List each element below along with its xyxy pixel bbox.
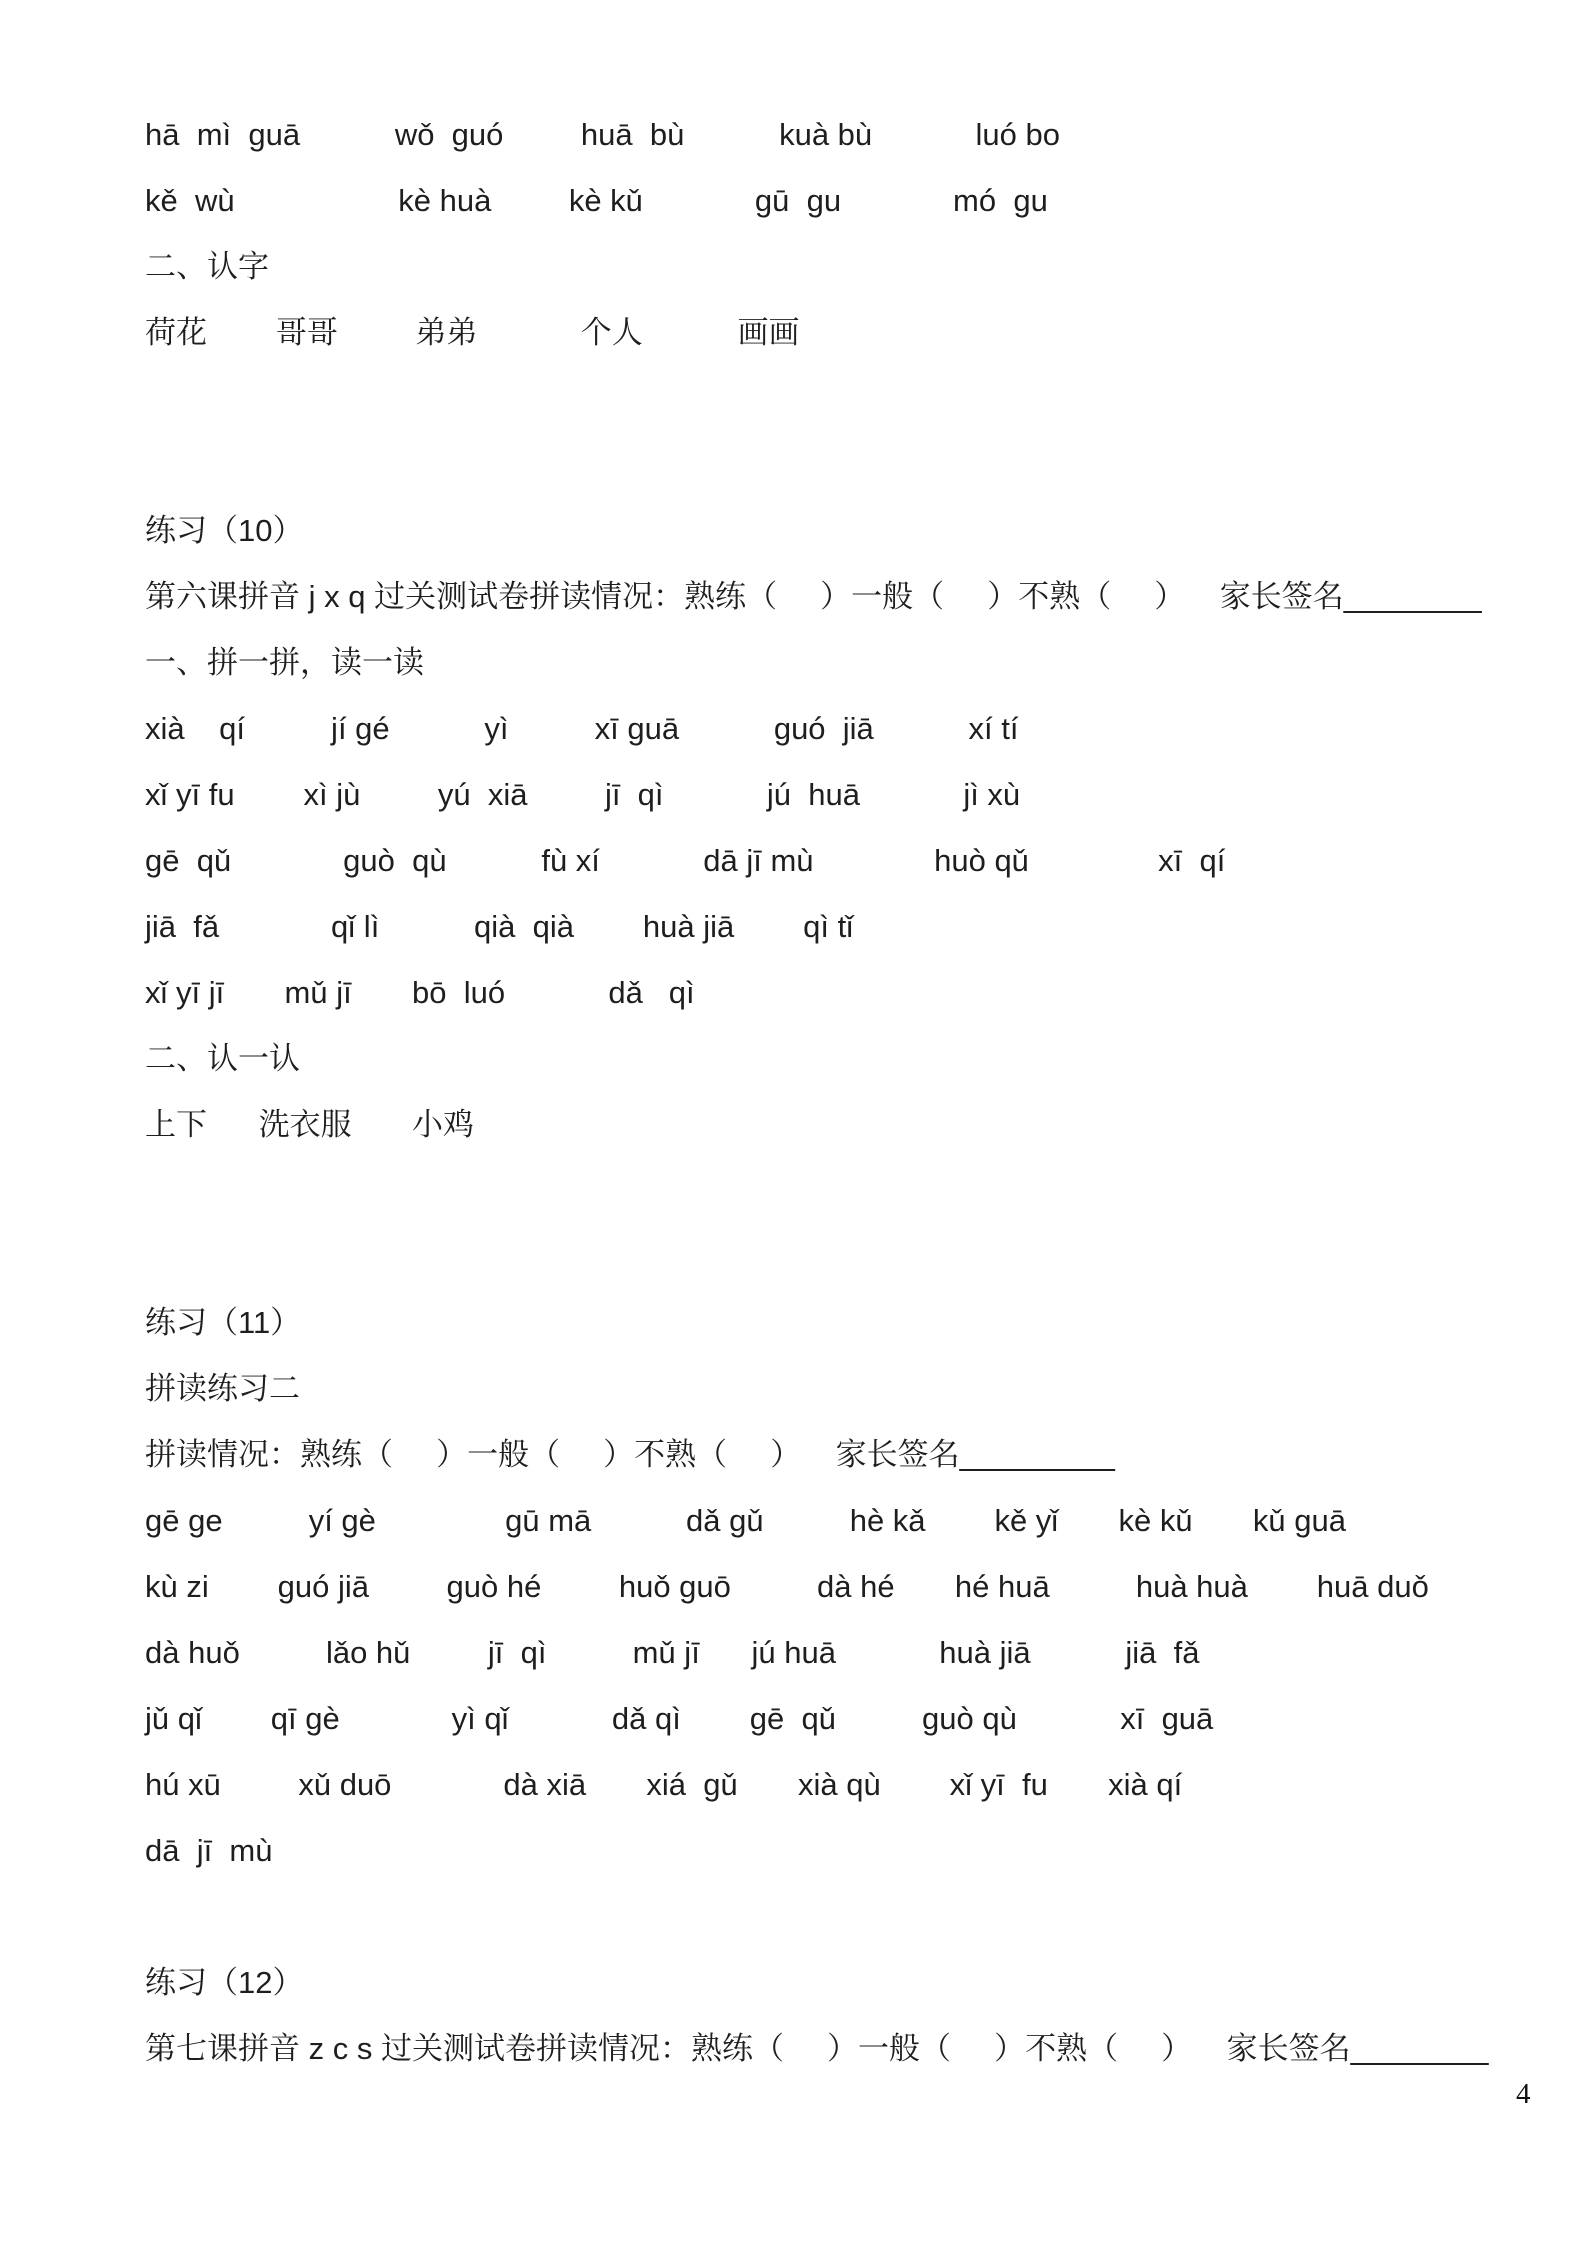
pinyin-row: hú xū xǔ duō dà xiā xiá gǔ xià qù xǐ yī … xyxy=(145,1752,1547,1818)
pinyin-row: jǔ qǐ qī gè yì qǐ dǎ qì gē qǔ guò qù xī … xyxy=(145,1686,1547,1752)
exercise-10-header: 第六课拼音 j x q 过关测试卷拼读情况：熟练（ ）一般（ ）不熟（ ） 家长… xyxy=(145,564,1547,630)
pinyin-row: hā mì guā wǒ guó huā bù kuà bù luó bo xyxy=(145,102,1547,168)
blank-space xyxy=(145,1158,1547,1290)
exercise-11-subtitle: 拼读练习二 xyxy=(145,1356,1547,1422)
exercise-12-title: 练习（12） xyxy=(145,1950,1547,2016)
pinyin-row: gē qǔ guò qù fù xí dā jī mù huò qǔ xī qí xyxy=(145,828,1547,894)
pinyin-row: dā jī mù xyxy=(145,1818,1547,1884)
blank-space xyxy=(145,1884,1547,1950)
page-number: 4 xyxy=(1516,2076,1531,2112)
hanzi-word-row: 上下 洗衣服 小鸡 xyxy=(145,1092,1547,1158)
pinyin-row: kù zi guó jiā guò hé huǒ guō dà hé hé hu… xyxy=(145,1554,1547,1620)
exercise-10-title: 练习（10） xyxy=(145,498,1547,564)
exercise-11-status-line: 拼读情况：熟练（ ）一般（ ）不熟（ ） 家长签名_________ xyxy=(145,1422,1547,1488)
exercise-12-header: 第七课拼音 z c s 过关测试卷拼读情况：熟练（ ）一般（ ）不熟（ ） 家长… xyxy=(145,2016,1547,2082)
pinyin-row: xǐ yī jī mǔ jī bō luó dǎ qì xyxy=(145,960,1547,1026)
exercise-11-title: 练习（11） xyxy=(145,1290,1547,1356)
section-heading-renzi: 二、认字 xyxy=(145,234,1547,300)
pinyin-row: kě wù kè huà kè kǔ gū gu mó gu xyxy=(145,168,1547,234)
pinyin-row: jiā fǎ qǐ lì qià qià huà jiā qì tǐ xyxy=(145,894,1547,960)
exercise-10-part2-heading: 二、认一认 xyxy=(145,1026,1547,1092)
hanzi-word-row: 荷花 哥哥 弟弟 个人 画画 xyxy=(145,300,1547,366)
pinyin-row: xǐ yī fu xì jù yú xiā jī qì jú huā jì xù xyxy=(145,762,1547,828)
document-content: hā mì guā wǒ guó huā bù kuà bù luó bo kě… xyxy=(145,102,1547,2082)
pinyin-row: dà huǒ lǎo hǔ jī qì mǔ jī jú huā huà jiā… xyxy=(145,1620,1547,1686)
document-page: hā mì guā wǒ guó huā bù kuà bù luó bo kě… xyxy=(0,0,1587,2245)
exercise-10-part1-heading: 一、拼一拼，读一读 xyxy=(145,630,1547,696)
pinyin-row: gē ge yí gè gū mā dǎ gǔ hè kǎ kě yǐ kè k… xyxy=(145,1488,1547,1554)
blank-space xyxy=(145,366,1547,498)
pinyin-row: xià qí jí gé yì xī guā guó jiā xí tí xyxy=(145,696,1547,762)
